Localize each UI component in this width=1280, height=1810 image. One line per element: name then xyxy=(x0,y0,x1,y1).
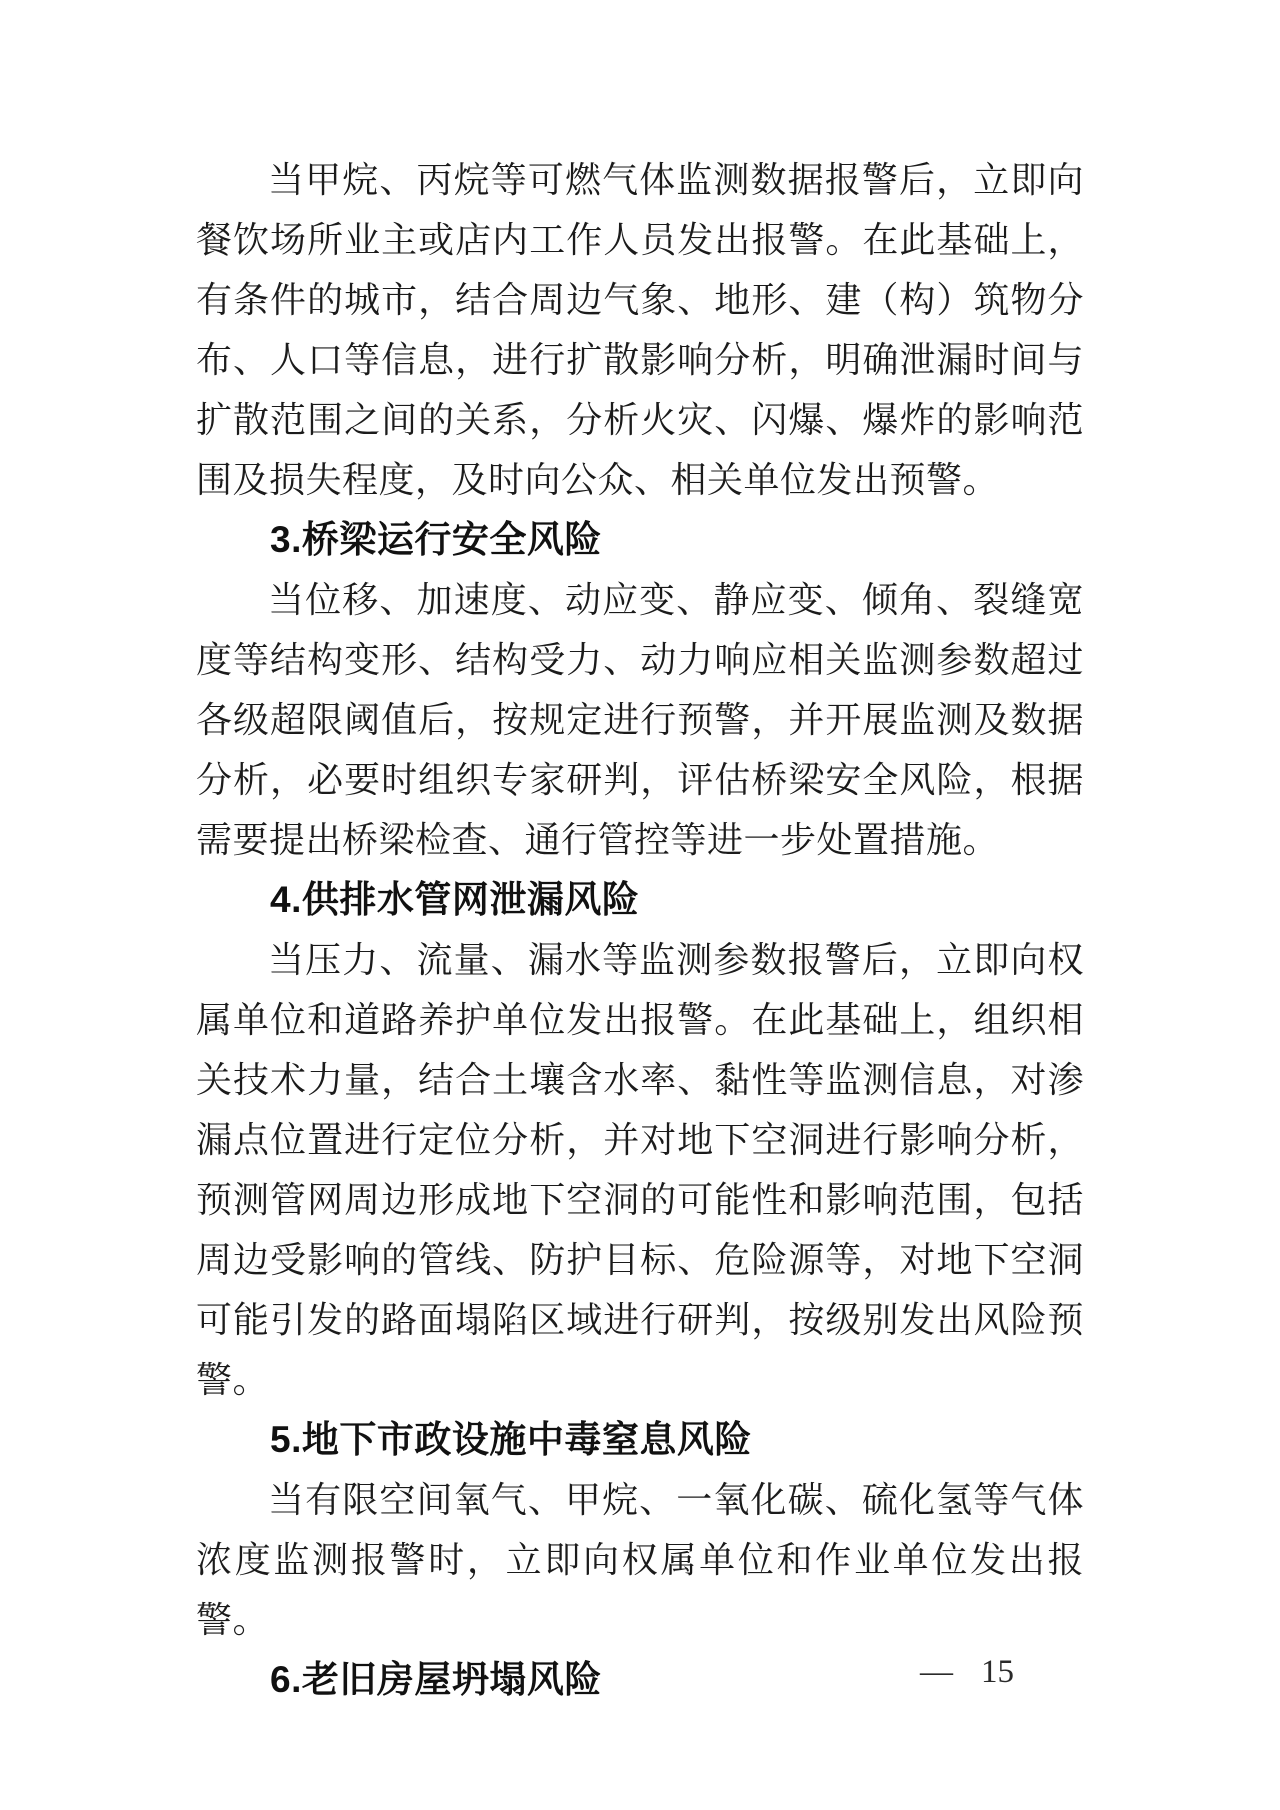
heading-bridge-operation-risk: 3.桥梁运行安全风险 xyxy=(196,510,1084,570)
document-body: 当甲烷、丙烷等可燃气体监测数据报警后，立即向餐饮场所业主或店内工作人员发出报警。… xyxy=(196,150,1084,1710)
paragraph-pipe-network-leak: 当压力、流量、漏水等监测参数报警后，立即向权属单位和道路养护单位发出报警。在此基… xyxy=(196,930,1084,1410)
document-page: 当甲烷、丙烷等可燃气体监测数据报警后，立即向餐饮场所业主或店内工作人员发出报警。… xyxy=(0,0,1280,1810)
paragraph-bridge-monitoring: 当位移、加速度、动应变、静应变、倾角、裂缝宽度等结构变形、结构受力、动力响应相关… xyxy=(196,570,1084,870)
page-number: 15 xyxy=(981,1652,1014,1692)
footer-dash: — xyxy=(920,1652,953,1692)
paragraph-confined-space-gas: 当有限空间氧气、甲烷、一氧化碳、硫化氢等气体浓度监测报警时，立即向权属单位和作业… xyxy=(196,1470,1084,1650)
heading-underground-facility-poisoning-risk: 5.地下市政设施中毒窒息风险 xyxy=(196,1410,1084,1470)
heading-water-pipe-leak-risk: 4.供排水管网泄漏风险 xyxy=(196,870,1084,930)
page-footer: —15 xyxy=(920,1652,1014,1692)
paragraph-gas-leak-alarm: 当甲烷、丙烷等可燃气体监测数据报警后，立即向餐饮场所业主或店内工作人员发出报警。… xyxy=(196,150,1084,510)
